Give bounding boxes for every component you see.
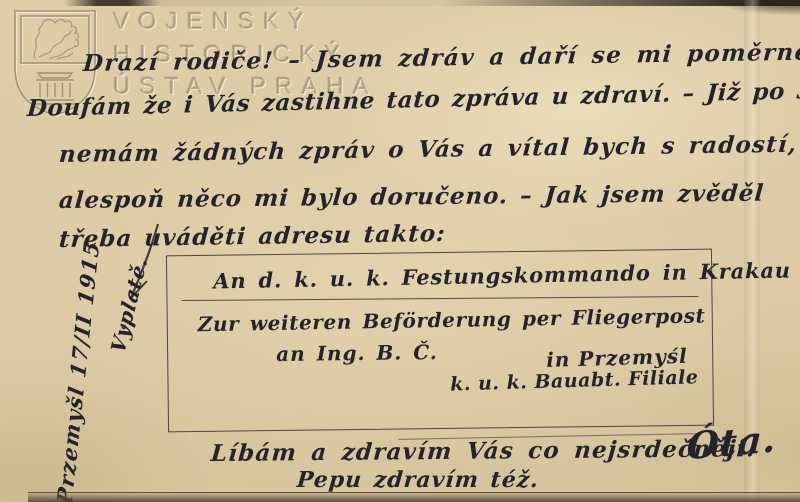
address-line-recipient: an Ing. B. Č. in Przemyśl <box>276 337 712 366</box>
letter-body-line-5: třeba uváděti adresu takto: <box>58 220 447 253</box>
margin-note: Vyplatě. <box>106 253 152 356</box>
signature: Óta. <box>686 416 778 468</box>
watermark-line-1: VOJENSKÝ <box>113 8 313 36</box>
letter-body-line-3: nemám žádných zpráv o Vás a vítal bych s… <box>58 129 800 168</box>
paper-bottom-edge <box>28 492 800 502</box>
address-box-divider <box>181 296 698 301</box>
scan-edge-top <box>0 0 800 6</box>
address-line-unit: k. u. k. Bauabt. Filiale <box>168 366 698 404</box>
address-line-forwarding: Zur weiteren Beförderung per Fliegerpost <box>198 303 712 336</box>
closing-line: Líbám a zdravím Vás co nejsrdečněji. <box>210 435 757 467</box>
scanned-handwritten-postcard: VOJENSKÝ HISTORICKÝ ÚSTAV PRAHA Drazí ro… <box>0 0 800 502</box>
postscript-line: Pepu zdravím též. <box>296 467 540 493</box>
letter-body-line-4: alespoň něco mi bylo doručeno. – Jak jse… <box>58 180 765 214</box>
address-box-frame: An d. k. u. k. Festungskommando in Kraka… <box>166 249 714 433</box>
address-recipient-name: an Ing. B. Č. <box>276 340 438 366</box>
margin-dateline: Przemyšl 17/II 1915 <box>52 238 104 502</box>
address-line-command: An d. k. u. k. Festungskommando in Kraka… <box>213 259 711 294</box>
